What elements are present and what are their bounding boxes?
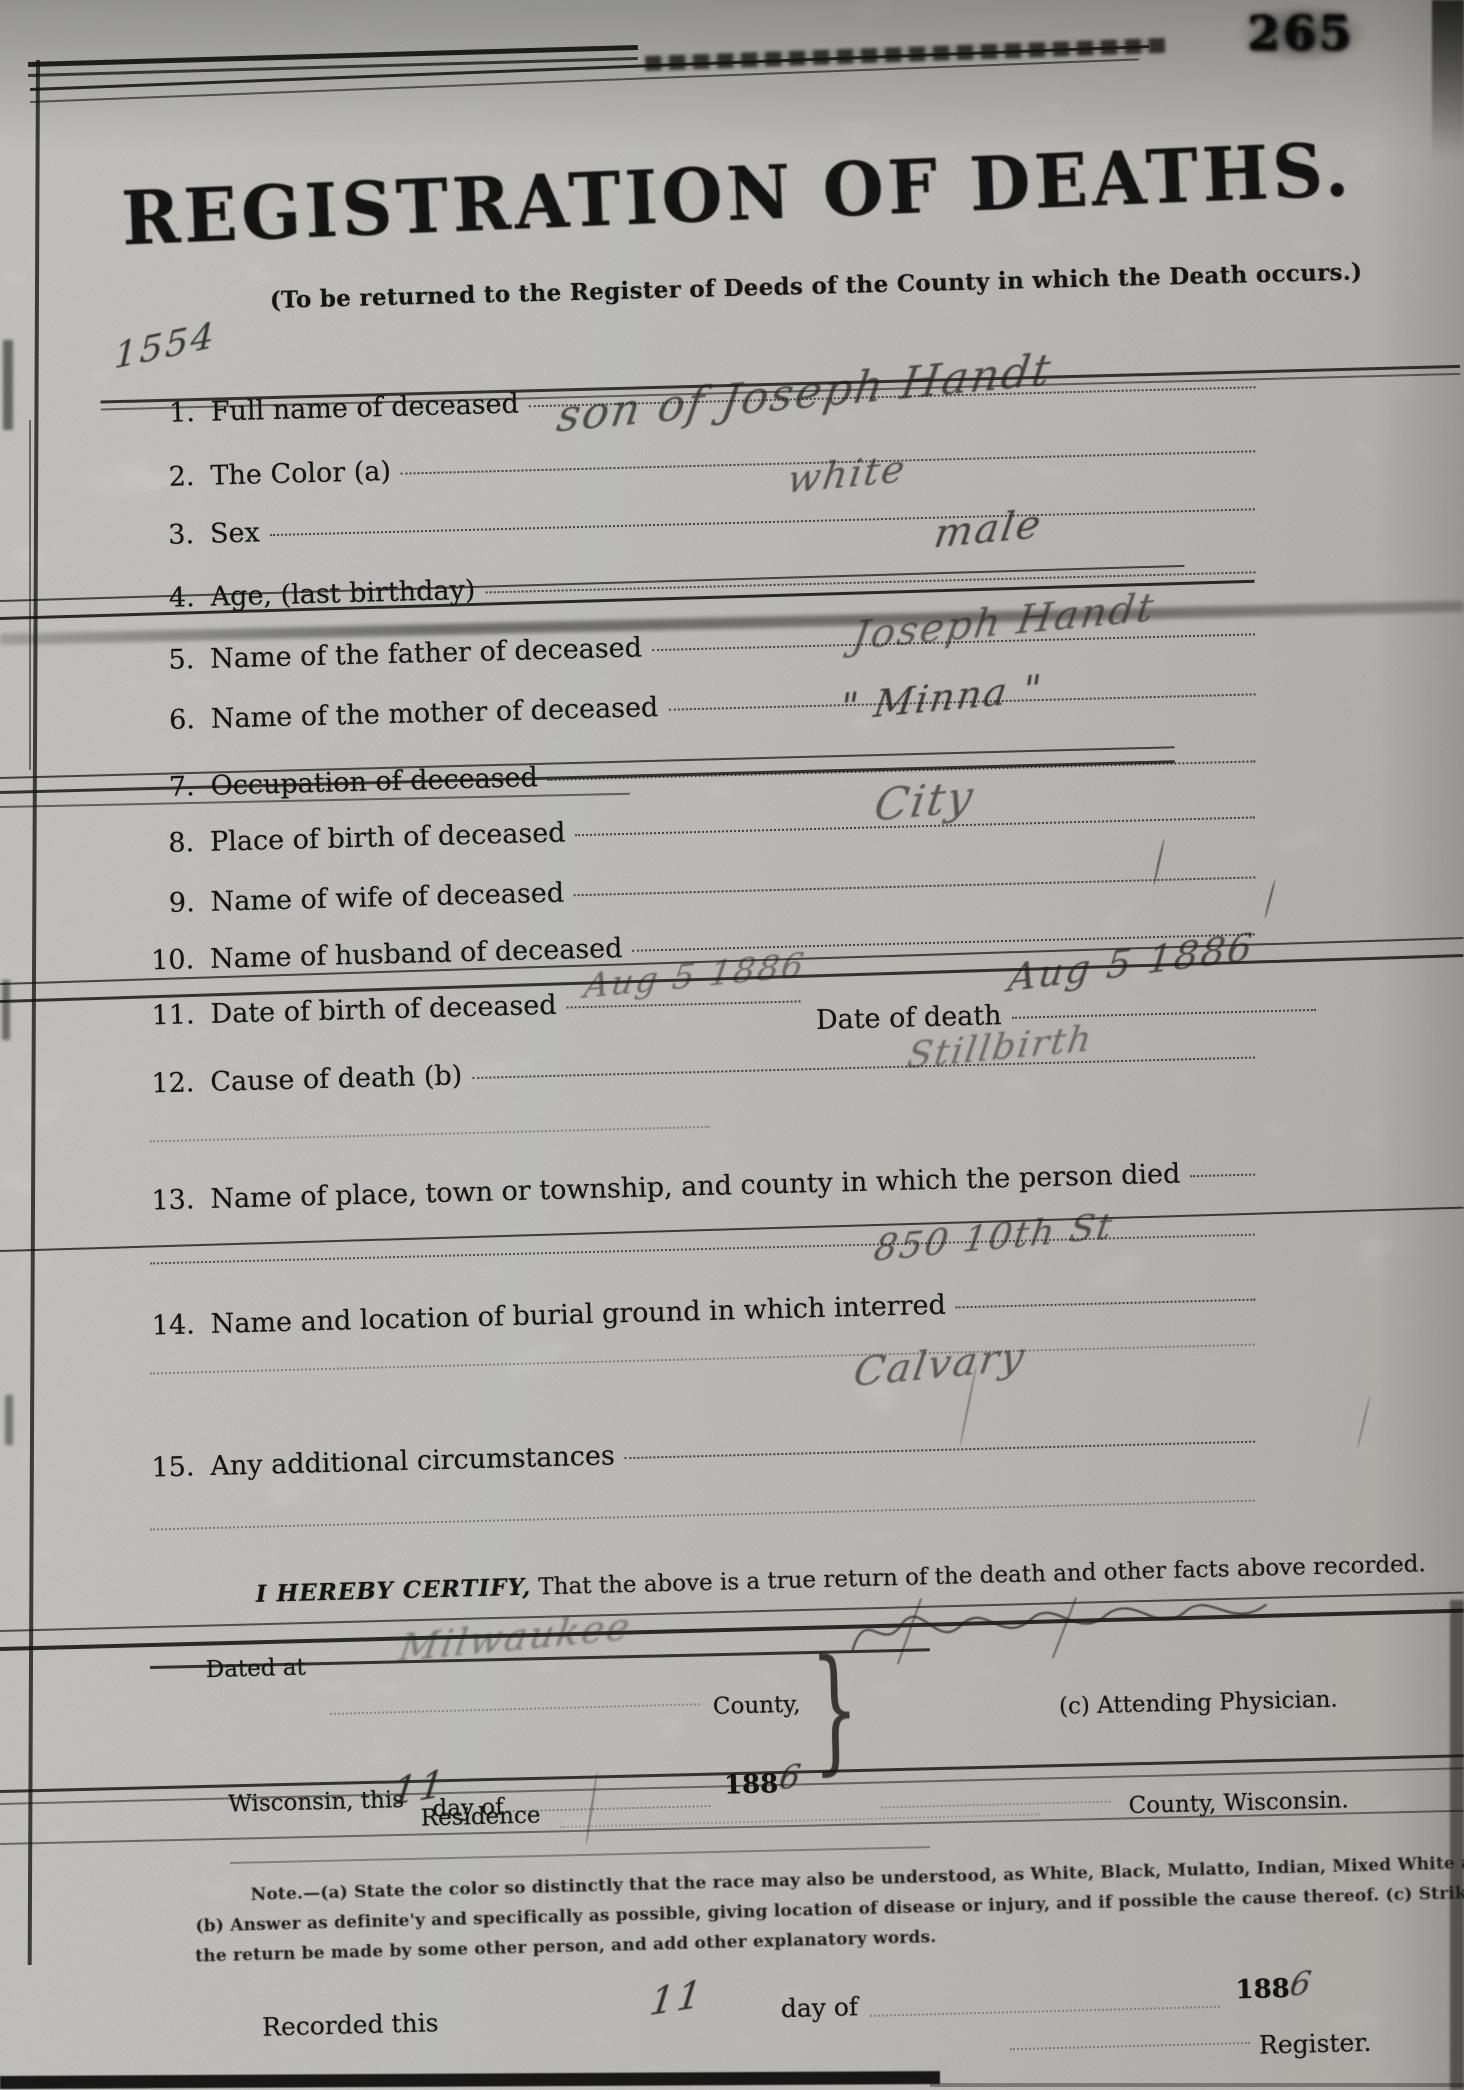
field-row-7: 7.Occupation of deceased: [150, 743, 1256, 808]
field-row-14: 14.Name and location of burial ground in…: [150, 1282, 1256, 1347]
dotted-leader: [472, 1057, 1255, 1079]
scan-edge-smudge: [5, 1395, 13, 1445]
field-value-burial-ground: Calvary: [850, 1334, 1029, 1396]
year-printed: 188: [724, 1769, 779, 1800]
residence-label: Residence: [420, 1802, 540, 1831]
recorded-day-of-label: day of: [780, 1992, 858, 2023]
page-title: REGISTRATION OF DEATHS.: [120, 128, 1283, 262]
dated-at-label: Dated at: [205, 1655, 306, 1684]
recorded-leader-line: [870, 2006, 1220, 2017]
field-row-3: 3.Sex: [150, 491, 1256, 556]
field-row-8: 8.Place of birth of deceased: [150, 799, 1256, 864]
county-wisconsin-leader: [881, 1801, 1111, 1809]
field-value-sex: male: [931, 501, 1046, 557]
wisconsin-this-label: Wisconsin, this: [228, 1787, 404, 1818]
answer-line: [150, 1344, 1255, 1375]
recorded-this-label: Recorded this: [262, 2008, 439, 2042]
dotted-leader: [270, 508, 1255, 536]
residence-leader-line: [560, 1813, 1040, 1828]
field-value-place-died: 850 10th St: [871, 1206, 1116, 1270]
dated-at-value: Milwaukee: [396, 1604, 635, 1670]
dotted-leader: [956, 1299, 1256, 1309]
physician-signature-scrawl: [841, 1584, 1283, 1670]
recorded-year-printed: 188: [1235, 1974, 1290, 2005]
field-row-15: 15.Any additional circumstances: [150, 1424, 1256, 1489]
dotted-leader: [1012, 1009, 1316, 1019]
record-number-handwritten: 1554: [113, 315, 216, 377]
blank-answer-line: [150, 1500, 1255, 1531]
blank-answer-line: [150, 1126, 710, 1143]
recorded-day-handwritten: 11: [647, 1972, 706, 2024]
scan-bottom-band: [930, 2083, 1464, 2087]
county-leader-line: [330, 1703, 700, 1715]
field-row-2: 2.The Color (a): [150, 433, 1256, 498]
pen-stroke: [1264, 879, 1276, 918]
brace-glyph: }: [809, 1628, 860, 1791]
attending-physician-label: (c) Attending Physician.: [1059, 1687, 1338, 1720]
scanned-death-registration-page: 265 REGISTRATION OF DEATHS. (To be retur…: [0, 0, 1464, 2090]
pen-stroke: [1356, 1395, 1371, 1449]
county-label: County,: [713, 1692, 801, 1720]
certify-lead: I HEREBY CERTIFY,: [255, 1574, 531, 1608]
scan-edge-smudge: [2, 980, 10, 1040]
field-row-6: 6.Name of the mother of deceased: [151, 676, 1257, 741]
register-label: Register.: [1259, 2028, 1372, 2060]
year-handwritten: 6: [777, 1757, 805, 1797]
register-leader-line: [1010, 2042, 1250, 2050]
dotted-leader: [625, 1441, 1255, 1460]
field-value-full-name: son of Joseph Handt: [554, 345, 1056, 443]
recorded-year-handwritten: 6: [1287, 1963, 1315, 2003]
page-subtitle: (To be returned to the Register of Deeds…: [270, 258, 1363, 314]
dotted-leader: [1190, 1174, 1255, 1178]
county-wisconsin-label: County, Wisconsin.: [1128, 1787, 1349, 1819]
field-value-birthplace: City: [871, 771, 978, 832]
field-row-9: 9.Name of wife of deceased: [150, 859, 1256, 924]
registration-form: REGISTRATION OF DEATHS. (To be returned …: [0, 0, 1464, 2089]
